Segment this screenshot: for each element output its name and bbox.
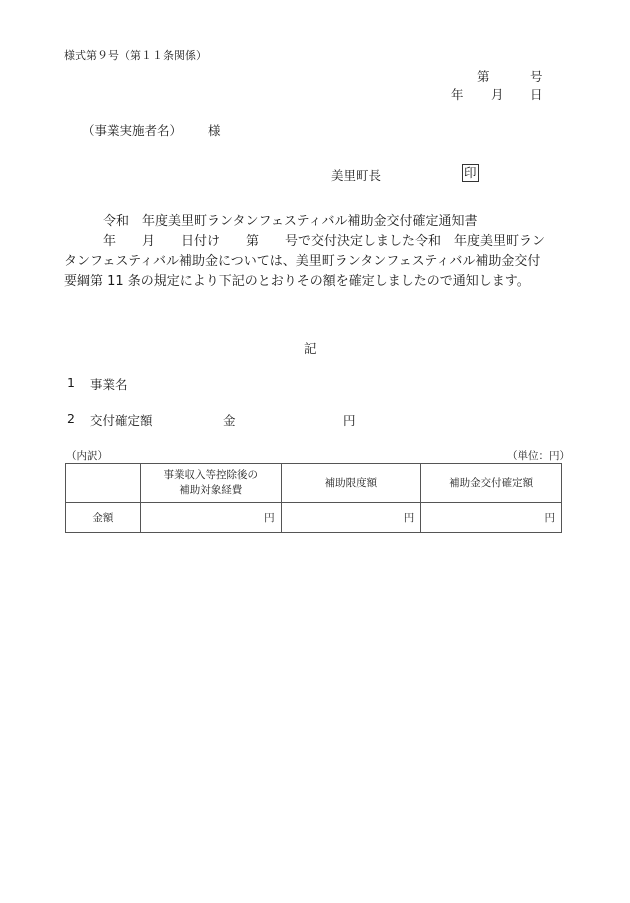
table-header-row: 事業収入等控除後の 補助対象経費 補助限度額 補助金交付確定額 [66, 464, 562, 503]
value-eligible-expense: 円 [140, 503, 281, 533]
item-2-prefix: 金 [223, 411, 236, 429]
value-limit-amount: 円 [281, 503, 421, 533]
item-1-number: 1 [67, 375, 75, 390]
breakdown-unit: （単位：円） [507, 448, 570, 463]
item-1-label: 事業名 [90, 375, 128, 393]
breakdown-table: 事業収入等控除後の 補助対象経費 補助限度額 補助金交付確定額 金額 円 円 円 [65, 463, 562, 533]
table-row: 金額 円 円 円 [66, 503, 562, 533]
item-2-number: 2 [67, 411, 75, 426]
body-line-2: タンフェスティバル補助金については、美里町ランタンフェスティバル補助金交付 [64, 252, 564, 272]
date-month: 月 [491, 85, 504, 103]
header-limit-amount: 補助限度額 [281, 464, 421, 503]
notice-body: 令和 年度美里町ランタンフェスティバル補助金交付確定通知書 年 月 日付け 第 … [64, 212, 564, 292]
date-year: 年 [451, 85, 464, 103]
item-2-suffix: 円 [343, 411, 356, 429]
document-title: 令和 年度美里町ランタンフェスティバル補助金交付確定通知書 [64, 212, 564, 232]
addressee-name: （事業実施者名） [82, 121, 182, 139]
addressee-honorific: 様 [208, 121, 221, 139]
doc-number-suffix: 号 [530, 67, 543, 85]
header-eligible-expense: 事業収入等控除後の 補助対象経費 [140, 464, 281, 503]
body-line-1: 年 月 日付け 第 号で交付決定しました令和 年度美里町ラン [64, 232, 564, 252]
issuer-title: 美里町長 [331, 166, 381, 184]
row-label: 金額 [66, 503, 141, 533]
seal-mark: 印 [462, 164, 479, 182]
seal-icon: 印 [462, 164, 479, 182]
header-empty-cell [66, 464, 141, 503]
form-number: 様式第９号（第１１条関係） [64, 47, 207, 63]
item-2-label: 交付確定額 [90, 411, 153, 429]
breakdown-caption: （内訳） [66, 448, 108, 463]
value-confirmed-amount: 円 [421, 503, 562, 533]
body-line-3: 要綱第 11 条の規定により下記のとおりその額を確定しましたので通知します。 [64, 272, 564, 292]
date-day: 日 [530, 85, 543, 103]
ki-heading: 記 [304, 339, 317, 357]
doc-number-prefix: 第 [477, 67, 490, 85]
header-confirmed-amount: 補助金交付確定額 [421, 464, 562, 503]
